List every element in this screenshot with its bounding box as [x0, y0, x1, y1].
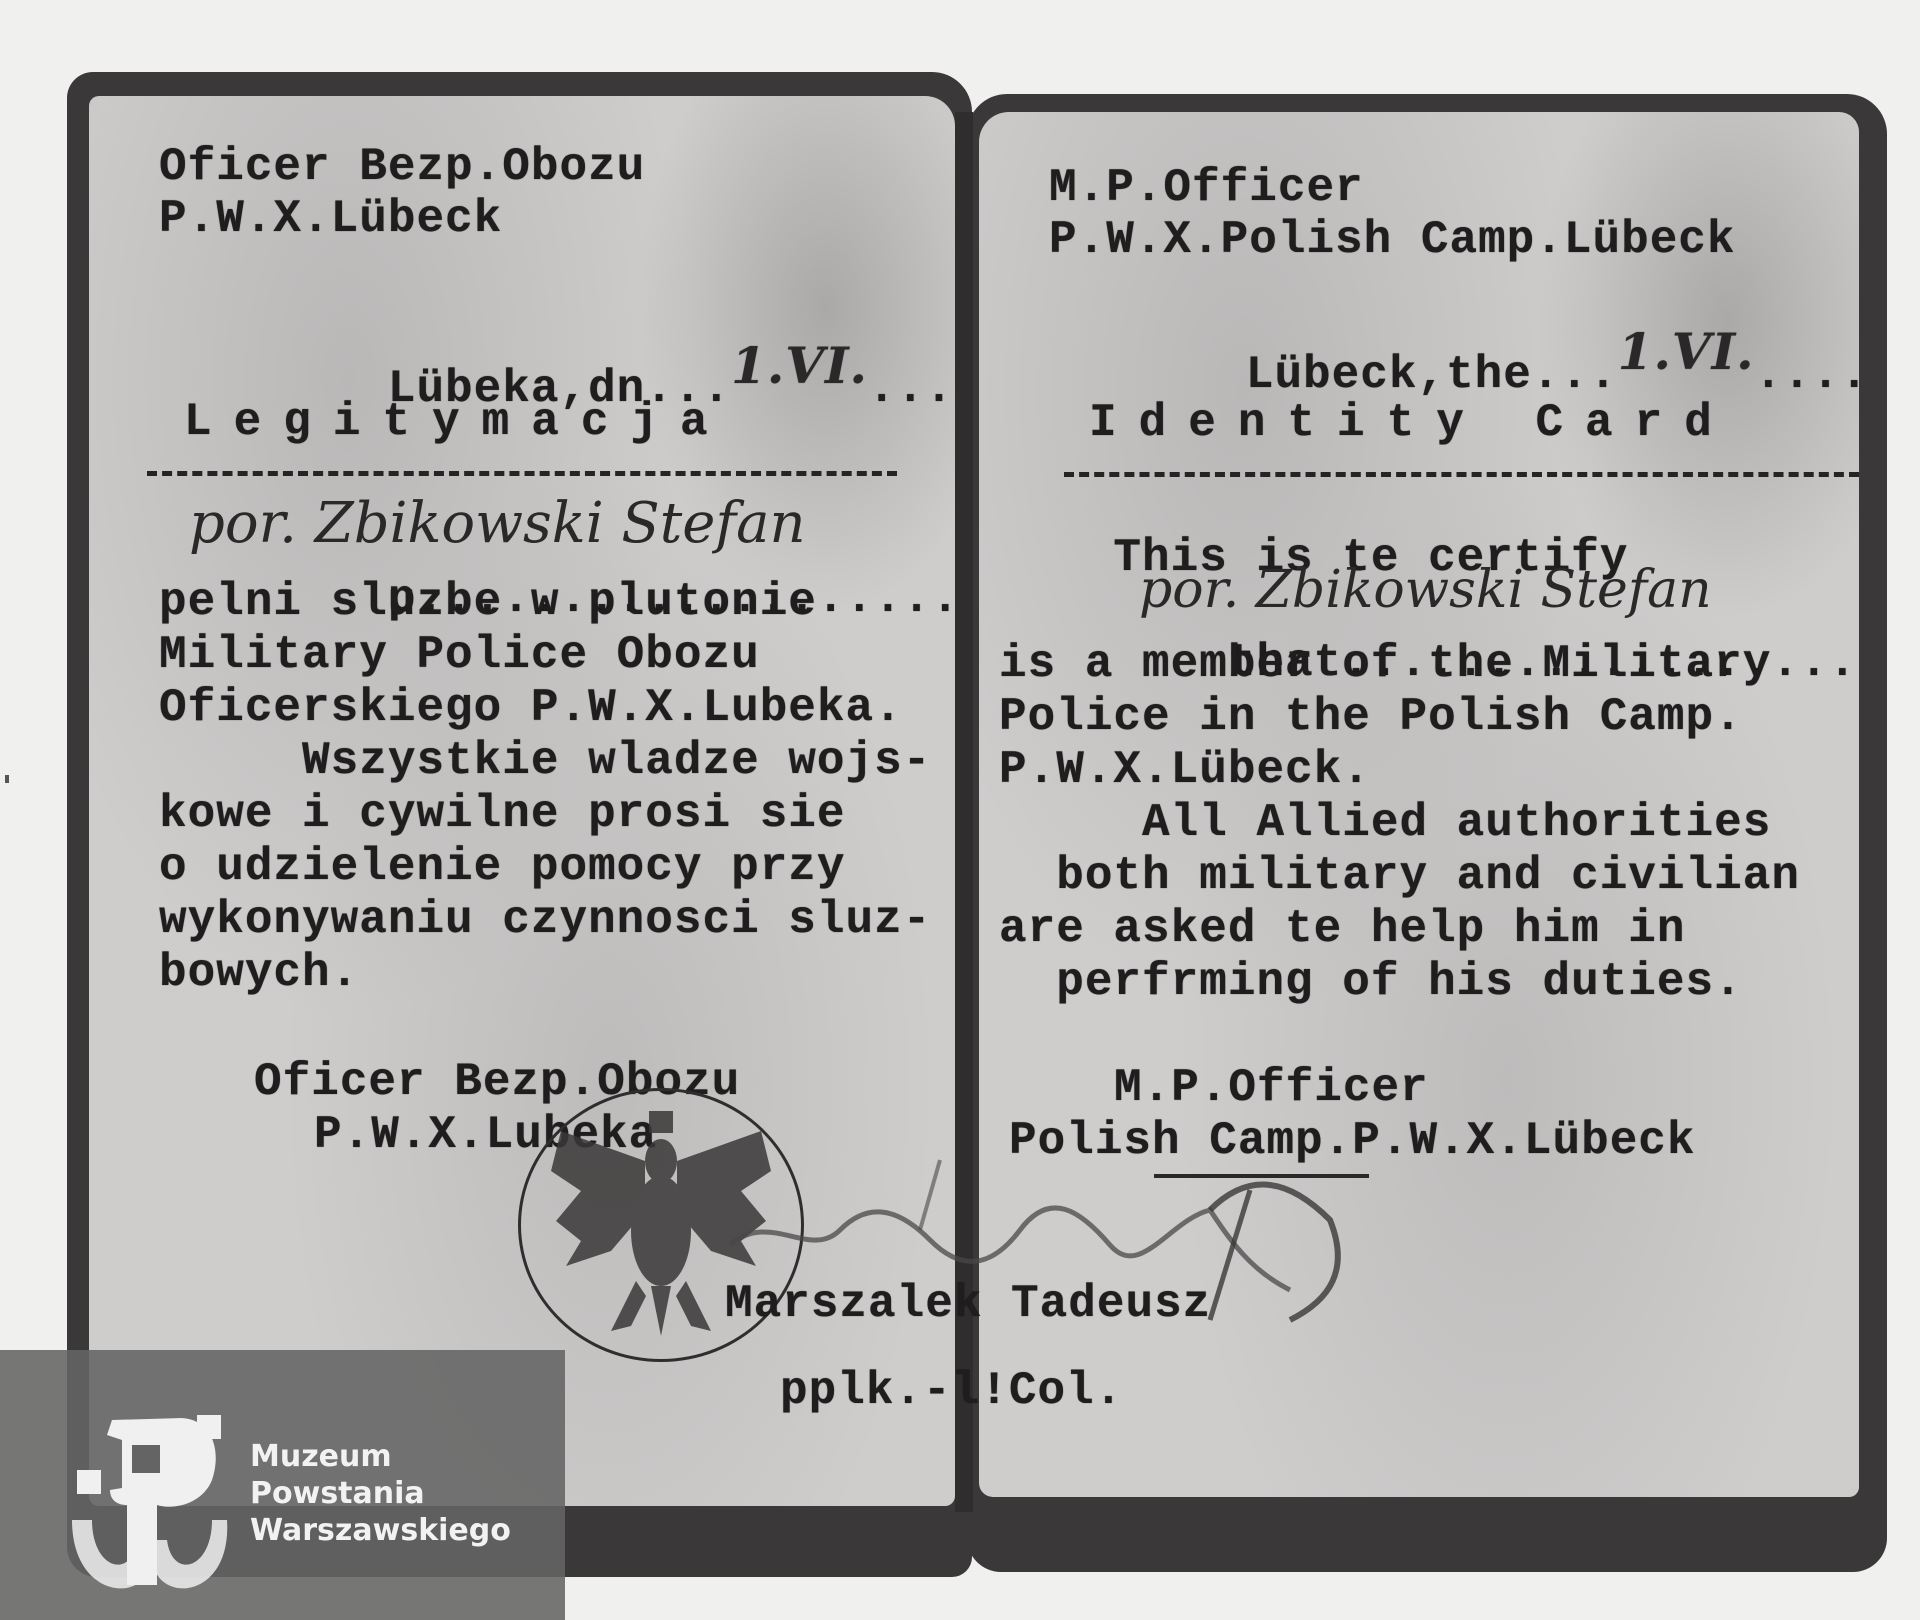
- left-title-underline: [147, 471, 897, 476]
- left-issuer-line2: P.W.X.Lübeck: [159, 193, 502, 245]
- right-body-line-5: both military and civilian: [999, 850, 1800, 902]
- left-body-line-2: Military Police Obozu: [159, 629, 760, 681]
- left-name-handwritten: por. Zbikowski Stefan: [189, 491, 806, 556]
- right-body-line-3: P.W.X.Lübeck.: [999, 744, 1371, 796]
- right-date-suffix: ....1945: [1755, 349, 1860, 401]
- right-name-handwritten: por. Zbikowski Stefan: [1139, 560, 1712, 620]
- right-body-line-6: are asked te help him in: [999, 903, 1686, 955]
- left-date-suffix: .....1945: [868, 363, 955, 415]
- right-title-underline: [1064, 472, 1859, 477]
- museum-name-line2: Powstania: [250, 1475, 511, 1512]
- left-body-line-4: Wszystkie wladze wojs-: [159, 735, 931, 787]
- right-issuer-line2: P.W.X.Polish Camp.Lübeck: [1049, 214, 1736, 266]
- right-date-handwritten: 1.VI.: [1618, 322, 1755, 381]
- right-body-line-2: Police in the Polish Camp.: [999, 691, 1743, 743]
- left-body-line-6: o udzielenie pomocy przy: [159, 841, 846, 893]
- right-signature-block-line1: M.P.Officer: [1114, 1062, 1429, 1114]
- scanned-document: Oficer Bezp.Obozu P.W.X.Lübeck Lübeka,dn…: [0, 0, 1920, 1620]
- left-issuer-line1: Oficer Bezp.Obozu: [159, 141, 645, 193]
- scan-speck: [5, 775, 9, 783]
- museum-watermark: Muzeum Powstania Warszawskiego: [0, 1350, 565, 1620]
- left-body-line-8: bowych.: [159, 947, 359, 999]
- museum-name-line3: Warszawskiego: [250, 1512, 511, 1549]
- museum-name-line1: Muzeum: [250, 1438, 511, 1475]
- right-body-line-7: perfrming of his duties.: [999, 956, 1743, 1008]
- left-body-line-7: wykonywaniu czynnosci sluz-: [159, 894, 931, 946]
- signatory-rank: pplk.-l!Col.: [780, 1365, 1123, 1417]
- right-body-line-4: All Allied authorities: [999, 797, 1771, 849]
- right-issuer-line1: M.P.Officer: [1049, 162, 1364, 214]
- right-date-prefix: Lübeck,the...: [1246, 349, 1618, 401]
- kotwica-anchor-logo-icon: [72, 1410, 232, 1600]
- left-body-line-3: Oficerskiego P.W.X.Lubeka.: [159, 682, 903, 734]
- left-date-handwritten: 1.VI.: [731, 336, 868, 395]
- left-title: Legitymacja: [184, 396, 730, 448]
- signatory-name: Marszalek Tadeusz: [725, 1278, 1211, 1330]
- left-body-line-5: kowe i cywilne prosi sie: [159, 788, 846, 840]
- left-body-line-1: pelni sluzbe w plutonie: [159, 576, 817, 628]
- museum-name: Muzeum Powstania Warszawskiego: [250, 1438, 511, 1549]
- right-body-line-1: is a member of the Military: [999, 638, 1771, 690]
- right-title: Identity Card: [1089, 397, 1734, 449]
